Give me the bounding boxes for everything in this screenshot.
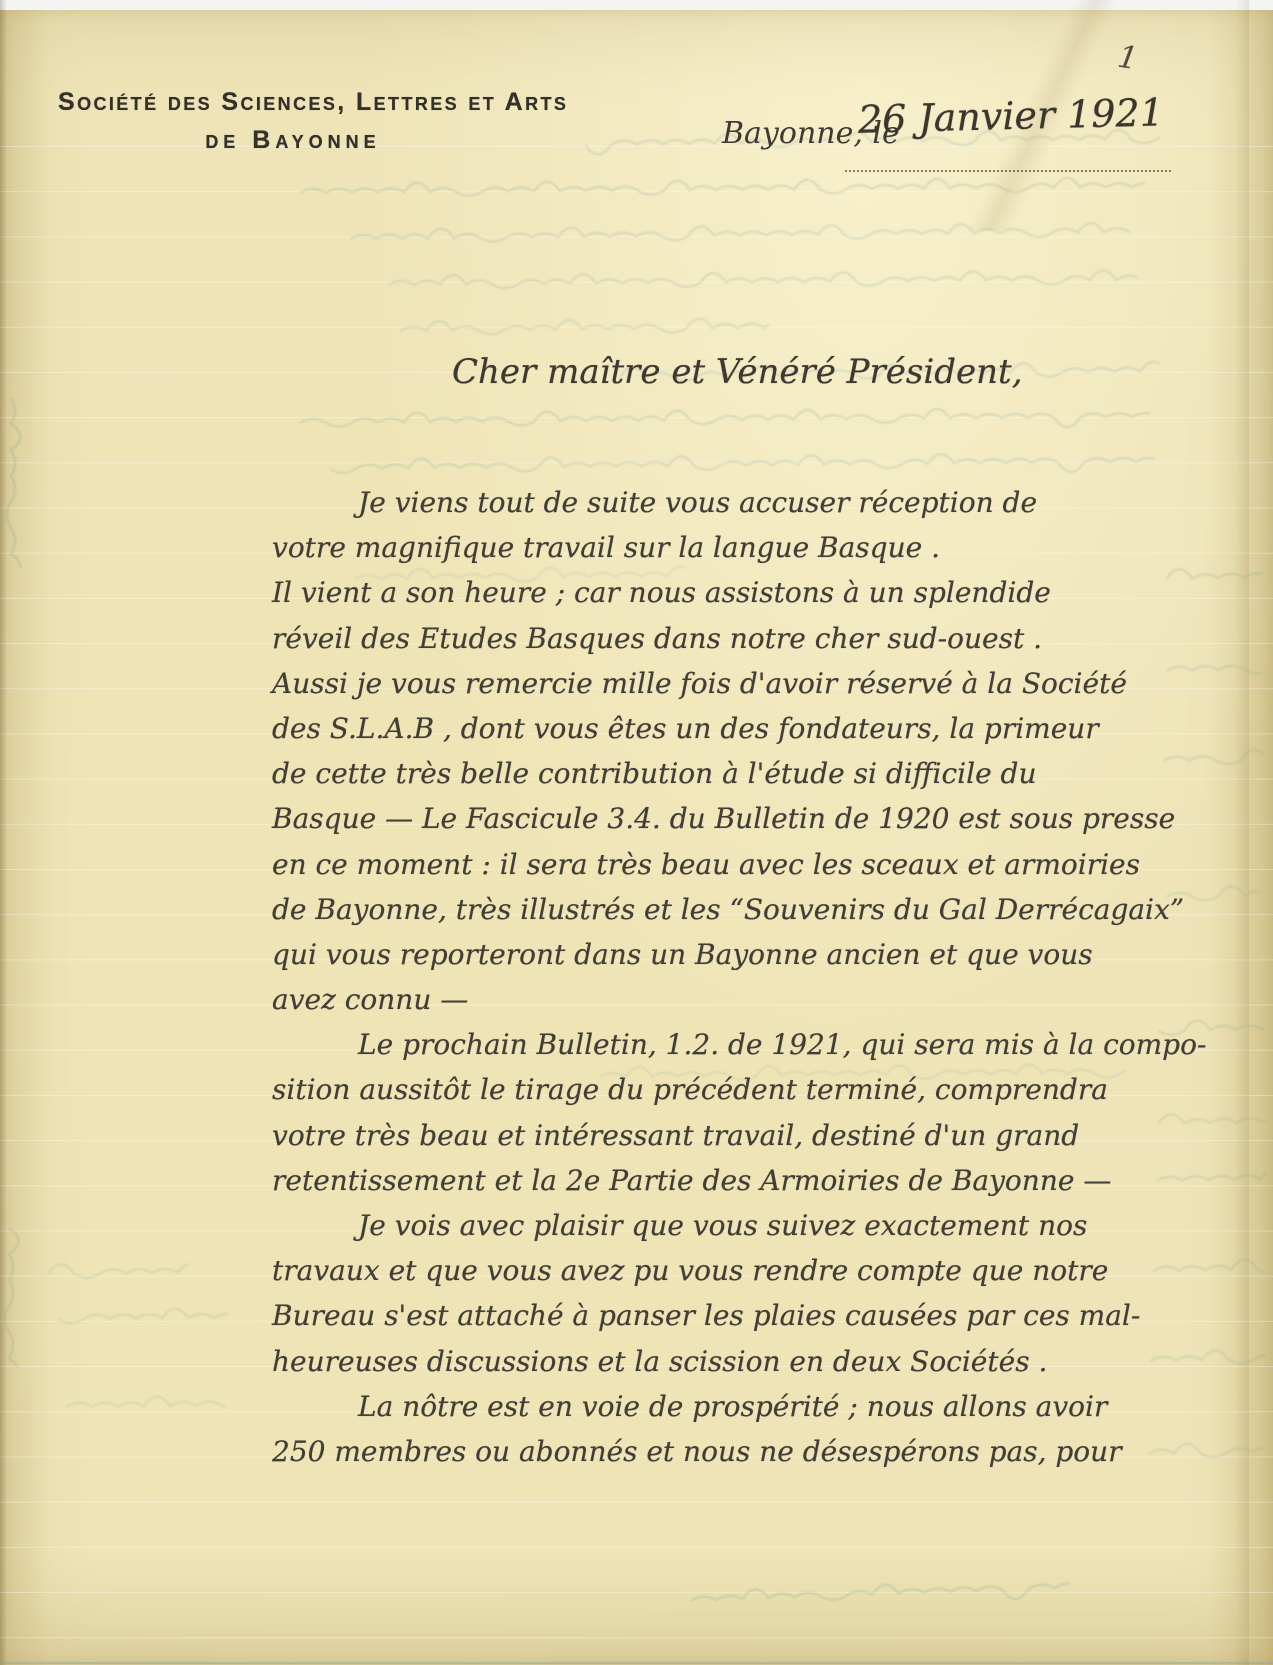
scan-edge-line: [0, 1662, 1273, 1664]
handwritten-line: en ce moment : il sera très beau avec le…: [272, 842, 1177, 887]
scanned-letter-page: Société des Sciences, Lettres et Arts de…: [0, 0, 1273, 1665]
handwritten-line: votre magnifique travail sur la langue B…: [272, 525, 1177, 570]
handwritten-line: Aussi je vous remercie mille fois d'avoi…: [272, 661, 1177, 706]
handwritten-line: heureuses discussions et la scission en …: [272, 1339, 1177, 1384]
letterhead: Société des Sciences, Lettres et Arts de…: [58, 88, 528, 155]
letterhead-line1: Société des Sciences, Lettres et Arts: [58, 88, 528, 117]
handwritten-line: retentissement et la 2e Partie des Armoi…: [272, 1158, 1177, 1203]
handwritten-line: sition aussitôt le tirage du précédent t…: [272, 1067, 1177, 1112]
handwritten-line: de cette très belle contribution à l'étu…: [272, 751, 1177, 796]
letter-body: Je viens tout de suite vous accuser réce…: [272, 480, 1177, 1474]
handwritten-line: réveil des Etudes Basques dans notre che…: [272, 616, 1177, 661]
date-underline: [845, 138, 1171, 172]
letterhead-line2: de Bayonne: [58, 126, 528, 155]
handwritten-line: Basque — Le Fascicule 3.4. du Bulletin d…: [272, 796, 1177, 841]
handwritten-line: La nôtre est en voie de prospérité ; nou…: [272, 1384, 1177, 1429]
handwritten-line: Je vois avec plaisir que vous suivez exa…: [272, 1203, 1177, 1248]
handwritten-line: 250 membres ou abonnés et nous ne désesp…: [272, 1429, 1177, 1474]
handwritten-line: travaux et que vous avez pu vous rendre …: [272, 1248, 1177, 1293]
handwritten-line: Le prochain Bulletin, 1.2. de 1921, qui …: [272, 1022, 1177, 1067]
handwritten-line: Il vient a son heure ; car nous assiston…: [272, 570, 1177, 615]
salutation: Cher maître et Vénéré Président,: [452, 352, 1023, 392]
handwritten-line: Bureau s'est attaché à panser les plaies…: [272, 1293, 1177, 1338]
dateline-handwritten: 26 Janvier 1921: [858, 90, 1165, 141]
left-edge-shadow: [0, 0, 7, 1665]
handwritten-line: Je viens tout de suite vous accuser réce…: [272, 480, 1177, 525]
right-crease: [1235, 0, 1249, 1665]
handwritten-line: votre très beau et intéressant travail, …: [272, 1113, 1177, 1158]
handwritten-line: des S.L.A.B , dont vous êtes un des fond…: [272, 706, 1177, 751]
handwritten-line: avez connu —: [272, 977, 1177, 1022]
handwritten-line: qui vous reporteront dans un Bayonne anc…: [272, 932, 1177, 977]
handwritten-line: de Bayonne, très illustrés et les “Souve…: [272, 887, 1177, 932]
